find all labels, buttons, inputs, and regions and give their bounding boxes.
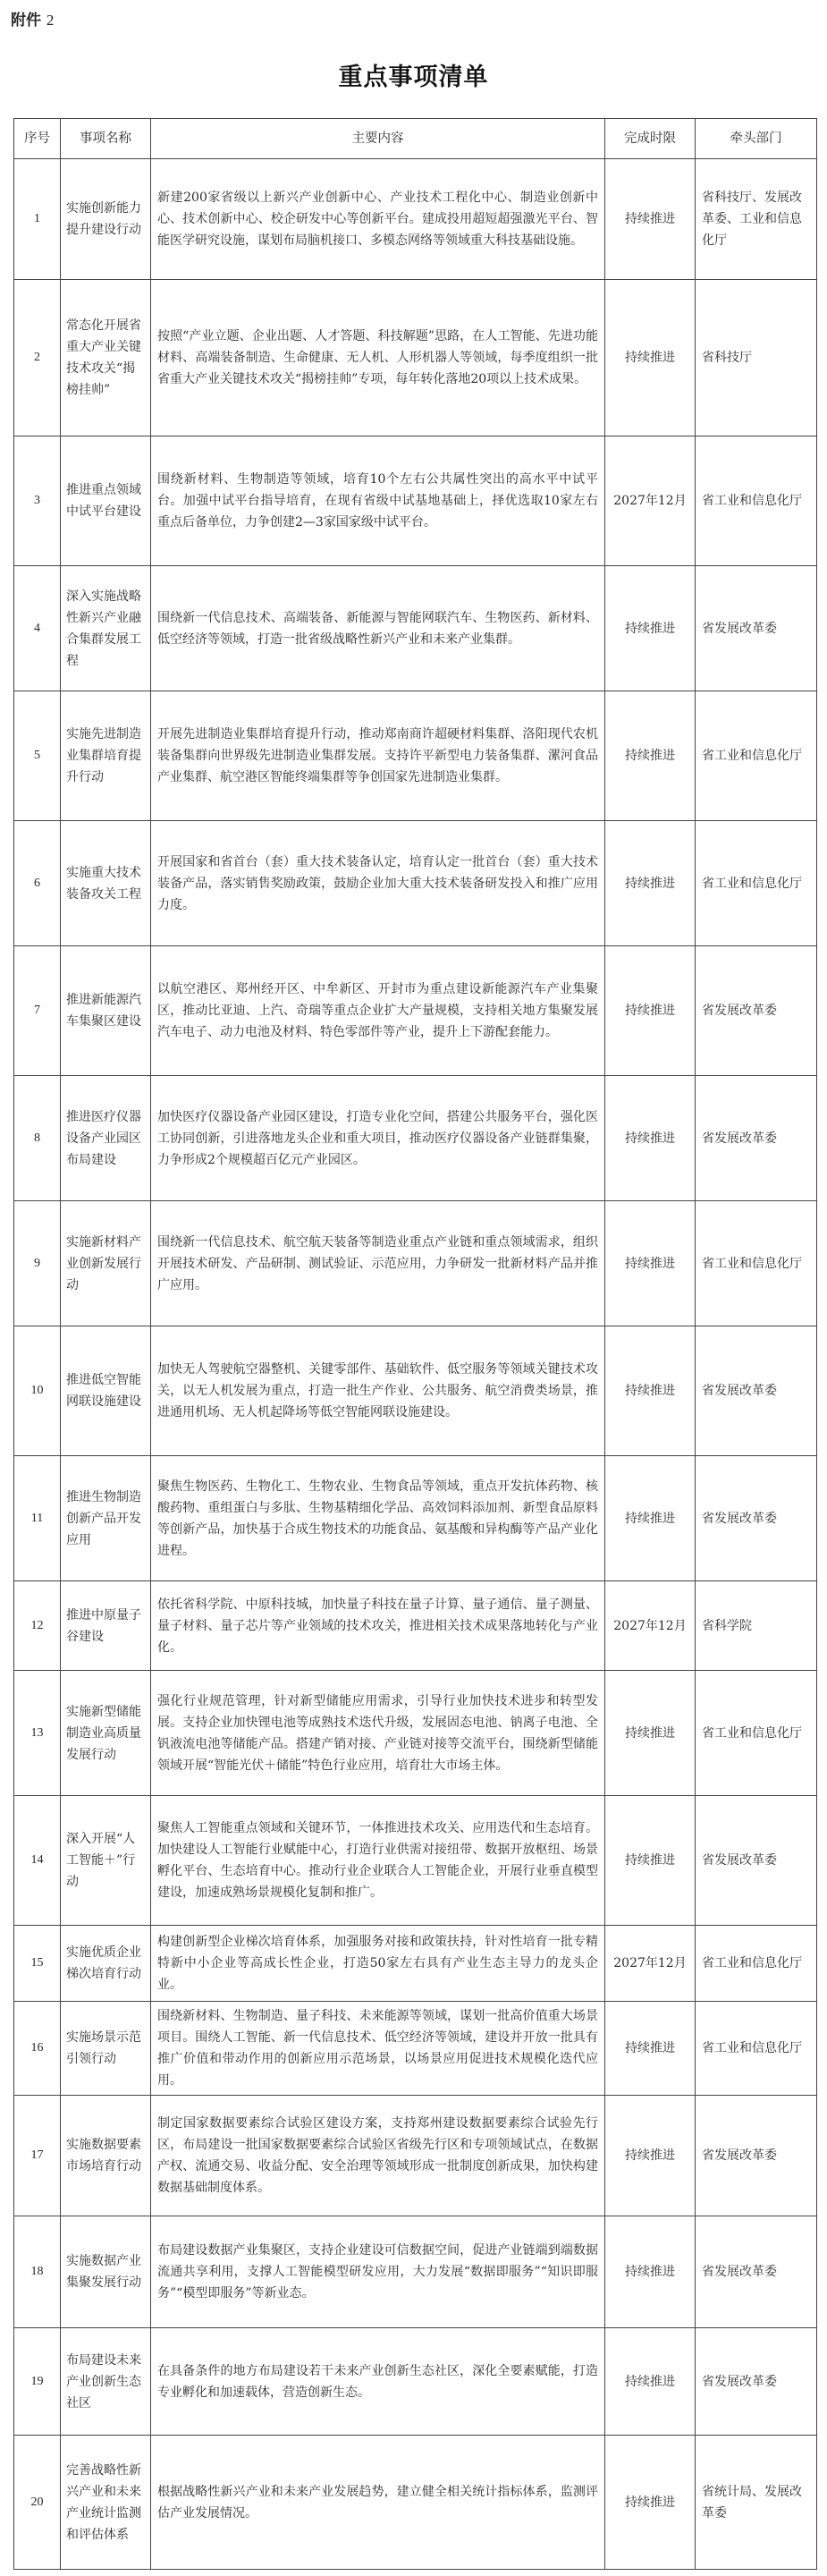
item-content: 聚焦生物医药、生物化工、生物农业、生物食品等领域，重点开发抗体药物、核酸药物、重…: [151, 1456, 605, 1581]
row-number: 7: [14, 946, 61, 1076]
lead-department: 省发展改革委: [696, 566, 817, 691]
item-name: 完善战略性新兴产业和未来产业统计监测和评估体系: [61, 2436, 151, 2570]
row-number: 2: [14, 280, 61, 436]
row-number: 15: [14, 1926, 61, 2002]
item-deadline: 持续推进: [605, 280, 696, 436]
item-deadline: 持续推进: [605, 2436, 696, 2570]
lead-department: 省发展改革委: [696, 1796, 817, 1926]
item-deadline: 持续推进: [605, 1671, 696, 1796]
item-name: 推进新能源汽车集聚区建设: [61, 946, 151, 1076]
table-row: 15实施优质企业梯次培育行动构建创新型企业梯次培育体系，加强服务对接和政策扶持，…: [14, 1926, 817, 2002]
lead-department: 省工业和信息化厅: [696, 436, 817, 566]
lead-department: 省科学院: [696, 1581, 817, 1671]
item-name: 实施新型储能制造业高质量发展行动: [61, 1671, 151, 1796]
item-name: 布局建设未来产业创新生态社区: [61, 2328, 151, 2436]
table-row: 7推进新能源汽车集聚区建设以航空港区、郑州经开区、中牟新区、开封市为重点建设新能…: [14, 946, 817, 1076]
row-number: 6: [14, 821, 61, 946]
row-number: 12: [14, 1581, 61, 1671]
item-content: 加快医疗仪器设备产业园区建设，打造专业化空间，搭建公共服务平台，强化医工协同创新…: [151, 1076, 605, 1201]
item-content: 构建创新型企业梯次培育体系，加强服务对接和政策扶持，针对性培育一批专精特新中小企…: [151, 1926, 605, 2002]
lead-department: 省发展改革委: [696, 2096, 817, 2216]
lead-department: 省统计局、发展改革委: [696, 2436, 817, 2570]
item-deadline: 持续推进: [605, 946, 696, 1076]
lead-department: 省科技厅: [696, 280, 817, 436]
item-content: 根据战略性新兴产业和未来产业发展趋势，建立健全相关统计指标体系，监测评估产业发展…: [151, 2436, 605, 2570]
item-deadline: 2027年12月: [605, 1926, 696, 2002]
item-deadline: 持续推进: [605, 159, 696, 280]
item-content: 聚焦人工智能重点领域和关键环节，一体推进技术攻关、应用迭代和生态培育。加快建设人…: [151, 1796, 605, 1926]
item-content: 布局建设数据产业集聚区，支持企业建设可信数据空间，促进产业链端到端数据流通共享利…: [151, 2216, 605, 2328]
item-name: 推进医疗仪器设备产业园区布局建设: [61, 1076, 151, 1201]
column-header-name: 事项名称: [61, 119, 151, 159]
attachment-number: 2: [46, 12, 55, 29]
item-content: 新建200家省级以上新兴产业创新中心、产业技术工程化中心、制造业创新中心、技术创…: [151, 159, 605, 280]
item-name: 实施数据要素市场培育行动: [61, 2096, 151, 2216]
row-number: 14: [14, 1796, 61, 1926]
item-content: 加快无人驾驶航空器整机、关键零部件、基础软件、低空服务等领域关键技术攻关，以无人…: [151, 1326, 605, 1456]
item-deadline: 持续推进: [605, 2328, 696, 2436]
table-row: 1实施创新能力提升建设行动新建200家省级以上新兴产业创新中心、产业技术工程化中…: [14, 159, 817, 280]
lead-department: 省工业和信息化厅: [696, 2002, 817, 2096]
item-name: 推进中原量子谷建设: [61, 1581, 151, 1671]
lead-department: 省工业和信息化厅: [696, 1926, 817, 2002]
row-number: 11: [14, 1456, 61, 1581]
table-row: 12推进中原量子谷建设依托省科学院、中原科技城，加快量子科技在量子计算、量子通信…: [14, 1581, 817, 1671]
row-number: 8: [14, 1076, 61, 1201]
table-row: 8推进医疗仪器设备产业园区布局建设加快医疗仪器设备产业园区建设，打造专业化空间，…: [14, 1076, 817, 1201]
lead-department: 省发展改革委: [696, 2328, 817, 2436]
item-deadline: 持续推进: [605, 2002, 696, 2096]
item-name: 推进低空智能网联设施建设: [61, 1326, 151, 1456]
item-name: 深入实施战略性新兴产业融合集群发展工程: [61, 566, 151, 691]
item-name: 深入开展“人工智能＋”行动: [61, 1796, 151, 1926]
item-name: 实施重大技术装备攻关工程: [61, 821, 151, 946]
item-content: 围绕新材料、生物制造、量子科技、未来能源等领域，谋划一批高价值重大场景项目。围绕…: [151, 2002, 605, 2096]
row-number: 1: [14, 159, 61, 280]
row-number: 13: [14, 1671, 61, 1796]
page-title: 重点事项清单: [0, 57, 827, 92]
item-deadline: 持续推进: [605, 2216, 696, 2328]
table-row: 10推进低空智能网联设施建设加快无人驾驶航空器整机、关键零部件、基础软件、低空服…: [14, 1326, 817, 1456]
item-name: 实施数据产业集聚发展行动: [61, 2216, 151, 2328]
table-row: 14深入开展“人工智能＋”行动聚焦人工智能重点领域和关键环节，一体推进技术攻关、…: [14, 1796, 817, 1926]
item-content: 以航空港区、郑州经开区、中牟新区、开封市为重点建设新能源汽车产业集聚区，推动比亚…: [151, 946, 605, 1076]
item-deadline: 持续推进: [605, 566, 696, 691]
item-content: 开展国家和省首台（套）重大技术装备认定，培育认定一批首台（套）重大技术装备产品，…: [151, 821, 605, 946]
row-number: 18: [14, 2216, 61, 2328]
item-deadline: 2027年12月: [605, 436, 696, 566]
key-items-table: 序号 事项名称 主要内容 完成时限 牵头部门 1实施创新能力提升建设行动新建20…: [13, 118, 817, 2570]
row-number: 3: [14, 436, 61, 566]
column-header-dept: 牵头部门: [696, 119, 817, 159]
table-row: 13实施新型储能制造业高质量发展行动强化行业规范管理，针对新型储能应用需求，引导…: [14, 1671, 817, 1796]
item-content: 依托省科学院、中原科技城，加快量子科技在量子计算、量子通信、量子测量、量子材料、…: [151, 1581, 605, 1671]
item-content: 围绕新一代信息技术、航空航天装备等制造业重点产业链和重点领域需求，组织开展技术研…: [151, 1201, 605, 1326]
item-content: 在具备条件的地方布局建设若干未来产业创新生态社区，深化全要素赋能，打造专业孵化和…: [151, 2328, 605, 2436]
row-number: 9: [14, 1201, 61, 1326]
item-content: 制定国家数据要素综合试验区建设方案，支持郑州建设数据要素综合试验先行区，布局建设…: [151, 2096, 605, 2216]
table-row: 19布局建设未来产业创新生态社区在具备条件的地方布局建设若干未来产业创新生态社区…: [14, 2328, 817, 2436]
row-number: 5: [14, 691, 61, 821]
table-row: 4深入实施战略性新兴产业融合集群发展工程围绕新一代信息技术、高端装备、新能源与智…: [14, 566, 817, 691]
item-name: 实施先进制造业集群培育提升行动: [61, 691, 151, 821]
column-header-no: 序号: [14, 119, 61, 159]
row-number: 20: [14, 2436, 61, 2570]
table-row: 6实施重大技术装备攻关工程开展国家和省首台（套）重大技术装备认定，培育认定一批首…: [14, 821, 817, 946]
item-name: 推进重点领域中试平台建设: [61, 436, 151, 566]
lead-department: 省工业和信息化厅: [696, 691, 817, 821]
item-deadline: 持续推进: [605, 821, 696, 946]
table-row: 17实施数据要素市场培育行动制定国家数据要素综合试验区建设方案，支持郑州建设数据…: [14, 2096, 817, 2216]
item-deadline: 持续推进: [605, 1796, 696, 1926]
row-number: 19: [14, 2328, 61, 2436]
column-header-content: 主要内容: [151, 119, 605, 159]
item-content: 开展先进制造业集群培育提升行动，推动郑南商许超硬材料集群、洛阳现代农机装备集群向…: [151, 691, 605, 821]
item-name: 实施创新能力提升建设行动: [61, 159, 151, 280]
lead-department: 省发展改革委: [696, 946, 817, 1076]
row-number: 16: [14, 2002, 61, 2096]
row-number: 17: [14, 2096, 61, 2216]
item-content: 围绕新材料、生物制造等领域，培育10个左右公共属性突出的高水平中试平台。加强中试…: [151, 436, 605, 566]
lead-department: 省工业和信息化厅: [696, 1671, 817, 1796]
item-deadline: 持续推进: [605, 691, 696, 821]
lead-department: 省发展改革委: [696, 2216, 817, 2328]
table-row: 11推进生物制造创新产品开发应用聚焦生物医药、生物化工、生物农业、生物食品等领域…: [14, 1456, 817, 1581]
table-row: 3推进重点领域中试平台建设围绕新材料、生物制造等领域，培育10个左右公共属性突出…: [14, 436, 817, 566]
lead-department: 省发展改革委: [696, 1076, 817, 1201]
lead-department: 省发展改革委: [696, 1456, 817, 1581]
item-deadline: 2027年12月: [605, 1581, 696, 1671]
item-deadline: 持续推进: [605, 1201, 696, 1326]
item-content: 围绕新一代信息技术、高端装备、新能源与智能网联汽车、生物医药、新材料、低空经济等…: [151, 566, 605, 691]
lead-department: 省发展改革委: [696, 1326, 817, 1456]
item-deadline: 持续推进: [605, 1076, 696, 1201]
item-name: 常态化开展省重大产业关键技术攻关“揭榜挂帅”: [61, 280, 151, 436]
lead-department: 省工业和信息化厅: [696, 821, 817, 946]
table-row: 18实施数据产业集聚发展行动布局建设数据产业集聚区，支持企业建设可信数据空间，促…: [14, 2216, 817, 2328]
item-deadline: 持续推进: [605, 1456, 696, 1581]
table-row: 2常态化开展省重大产业关键技术攻关“揭榜挂帅”按照“产业立题、企业出题、人才答题…: [14, 280, 817, 436]
attachment-label-text: 附件: [11, 12, 41, 30]
table-row: 5实施先进制造业集群培育提升行动开展先进制造业集群培育提升行动，推动郑南商许超硬…: [14, 691, 817, 821]
lead-department: 省科技厅、发展改革委、工业和信息化厅: [696, 159, 817, 280]
item-name: 推进生物制造创新产品开发应用: [61, 1456, 151, 1581]
item-name: 实施新材料产业创新发展行动: [61, 1201, 151, 1326]
attachment-label: 附件 2: [11, 7, 54, 30]
lead-department: 省工业和信息化厅: [696, 1201, 817, 1326]
item-deadline: 持续推进: [605, 2096, 696, 2216]
column-header-deadline: 完成时限: [605, 119, 696, 159]
item-content: 按照“产业立题、企业出题、人才答题、科技解题”思路，在人工智能、先进功能材料、高…: [151, 280, 605, 436]
row-number: 10: [14, 1326, 61, 1456]
item-name: 实施优质企业梯次培育行动: [61, 1926, 151, 2002]
table-row: 16实施场景示范引领行动围绕新材料、生物制造、量子科技、未来能源等领域，谋划一批…: [14, 2002, 817, 2096]
item-content: 强化行业规范管理，针对新型储能应用需求，引导行业加快技术进步和转型发展。支持企业…: [151, 1671, 605, 1796]
row-number: 4: [14, 566, 61, 691]
table-row: 20完善战略性新兴产业和未来产业统计监测和评估体系根据战略性新兴产业和未来产业发…: [14, 2436, 817, 2570]
table-header-row: 序号 事项名称 主要内容 完成时限 牵头部门: [14, 119, 817, 159]
item-name: 实施场景示范引领行动: [61, 2002, 151, 2096]
table-row: 9实施新材料产业创新发展行动围绕新一代信息技术、航空航天装备等制造业重点产业链和…: [14, 1201, 817, 1326]
item-deadline: 持续推进: [605, 1326, 696, 1456]
